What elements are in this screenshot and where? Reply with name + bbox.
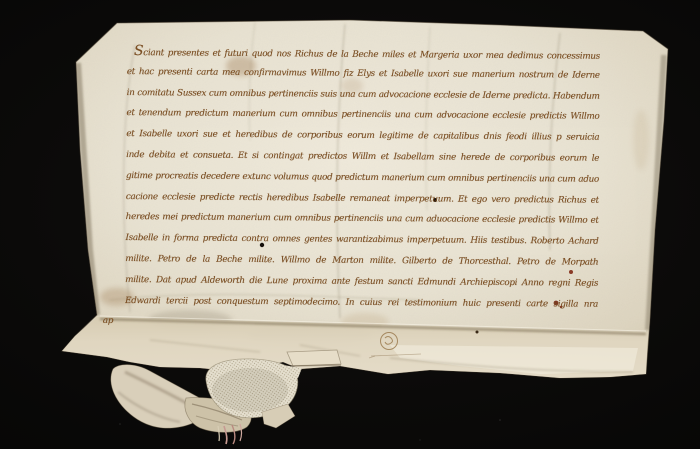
photograph-black-background: Sciant presentes et futuri quod nos Rich…	[0, 0, 700, 449]
seal-tag	[111, 359, 302, 444]
manuscript-line-fragment: ap	[103, 311, 598, 336]
seal-tag-slit-tab	[287, 350, 341, 366]
manuscript-line: Edwardi tercii post conquestum septimode…	[125, 291, 598, 316]
manuscript-text-block: Sciant presentes et futuri quod nos Rich…	[125, 41, 600, 336]
